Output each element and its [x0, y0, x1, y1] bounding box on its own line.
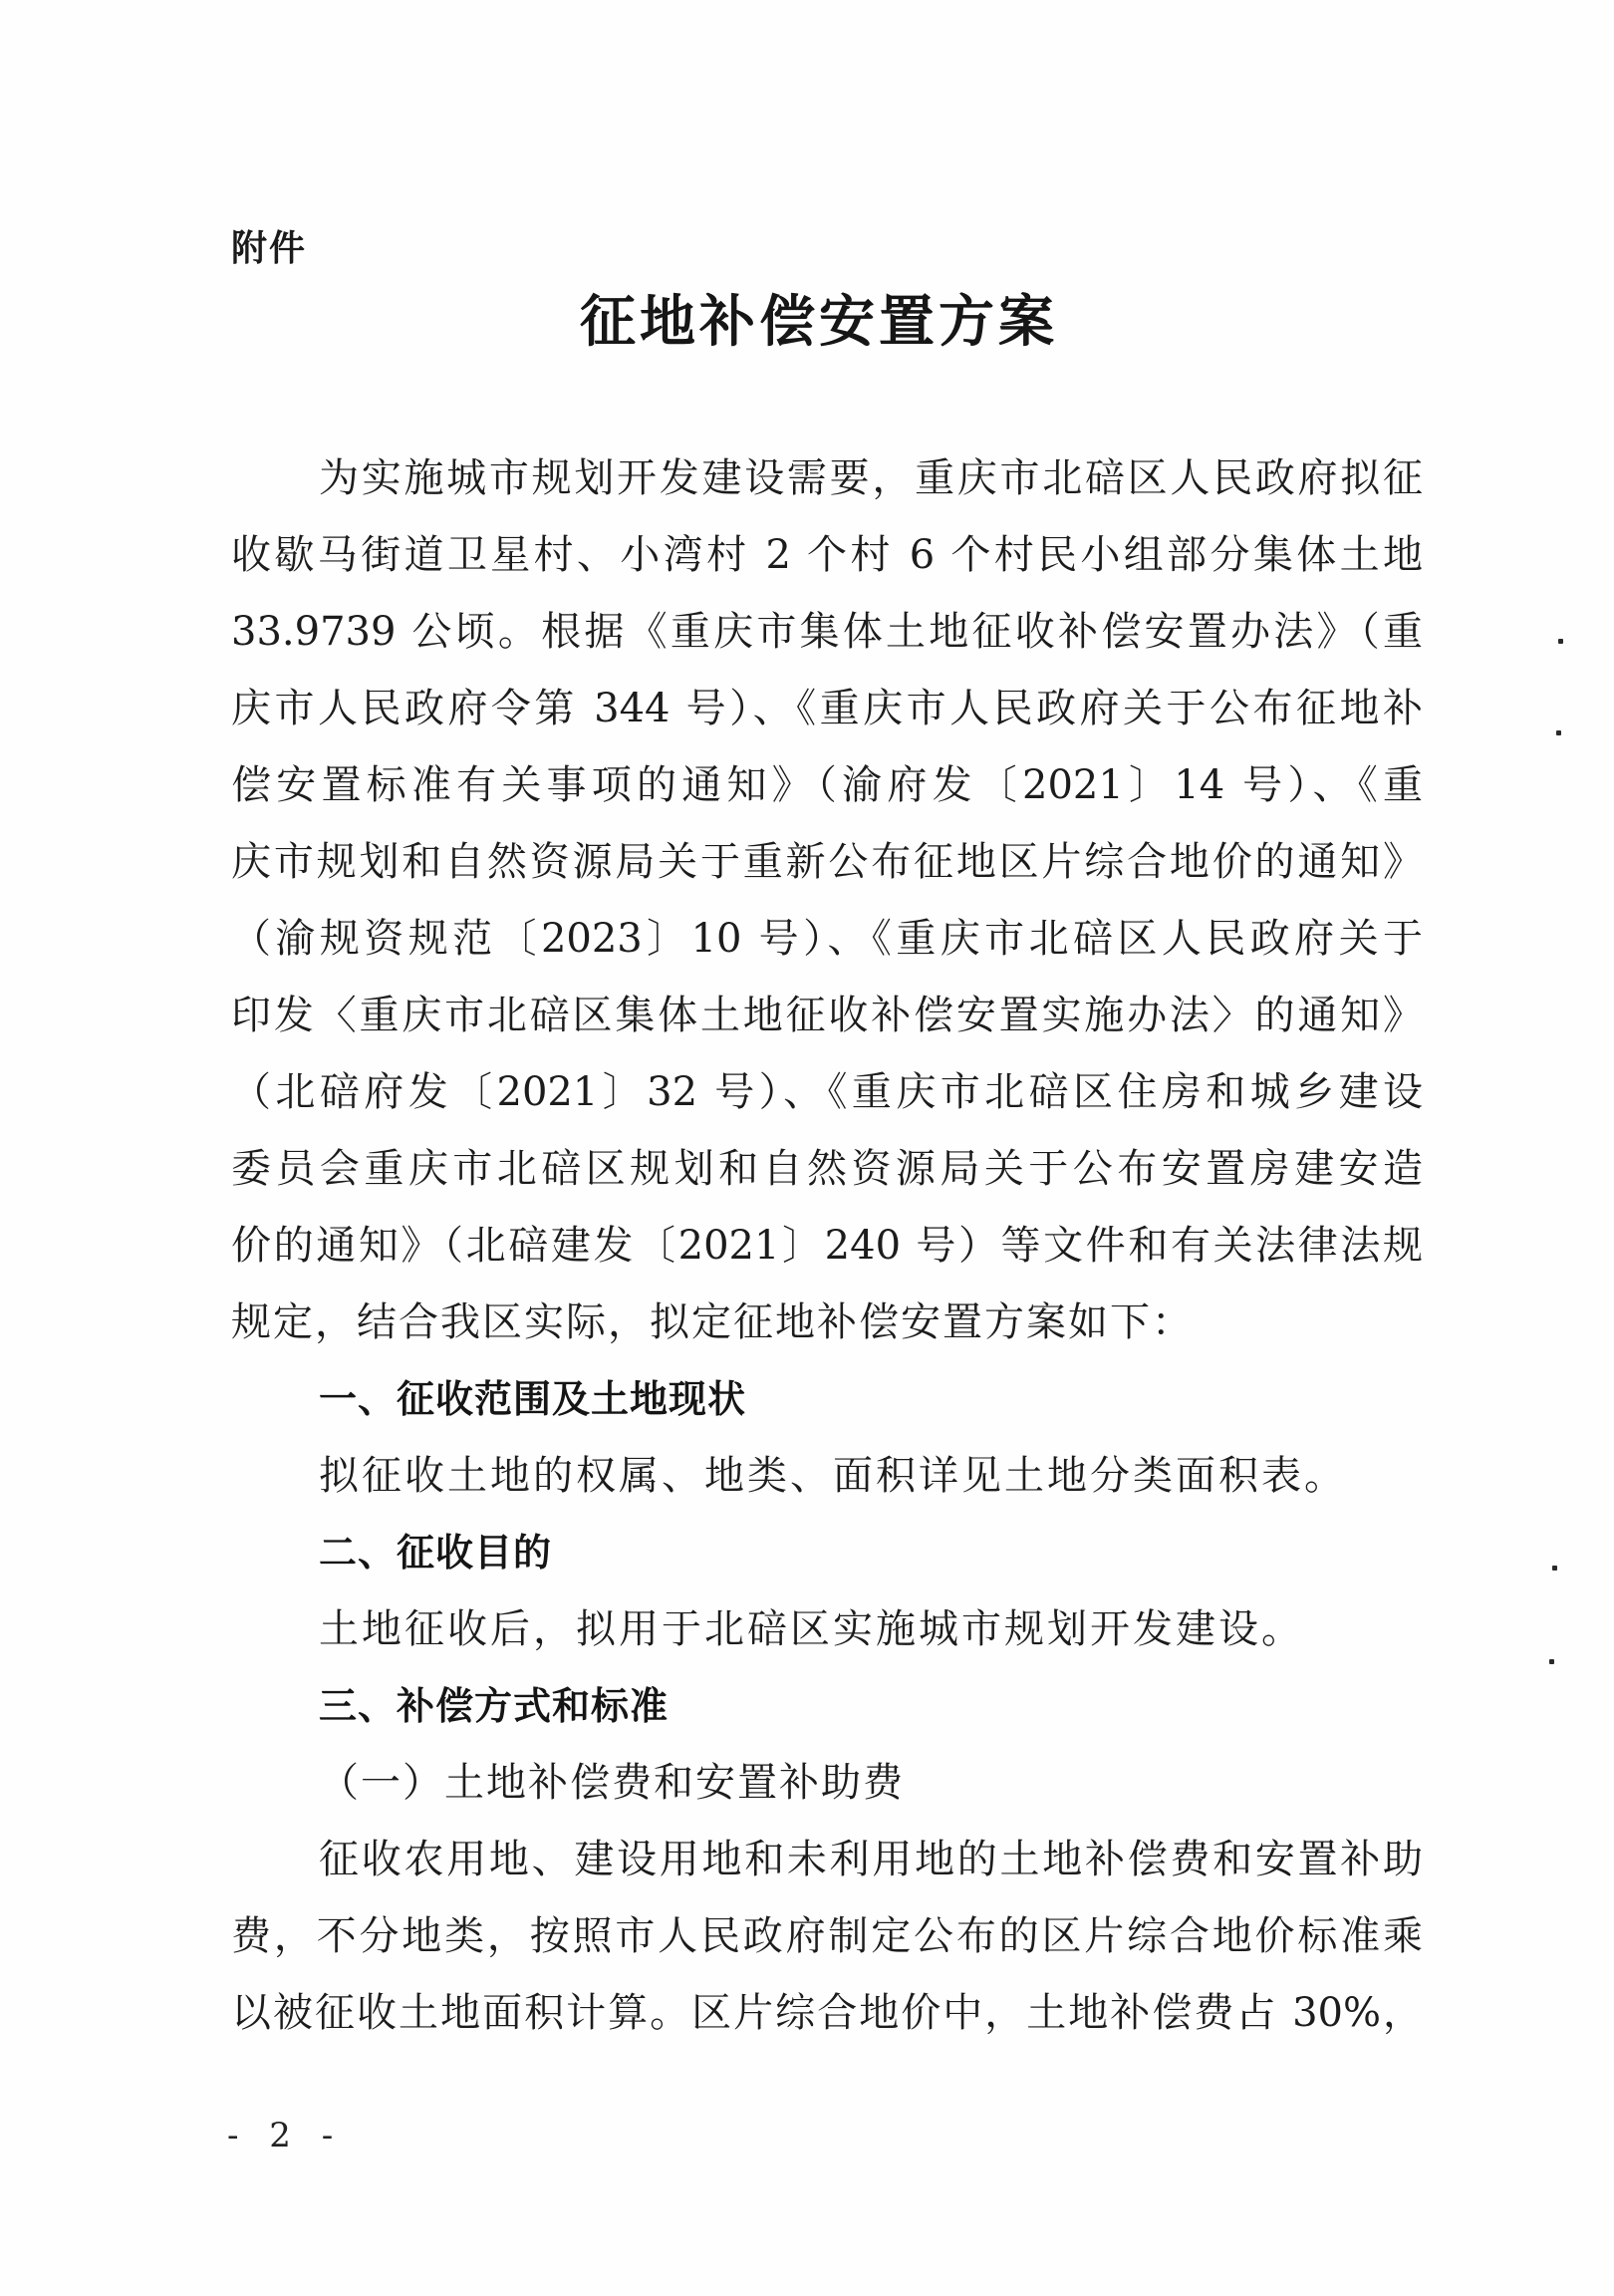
- body-line: 收歇马街道卫星村、小湾村 2 个村 6 个村民小组部分集体土地: [231, 517, 1423, 594]
- body-line: 征收农用地、建设用地和未利用地的土地补偿费和安置补助: [231, 1822, 1423, 1898]
- scan-mark-icon: [1552, 1566, 1557, 1571]
- body-line: 费，不分地类，按照市人民政府制定公布的区片综合地价标准乘: [231, 1898, 1423, 1975]
- section-heading-1: 一、征收范围及土地现状: [231, 1361, 1423, 1438]
- body-line: 土地征收后，拟用于北碚区实施城市规划开发建设。: [231, 1591, 1423, 1668]
- attachment-label: 附件: [231, 224, 307, 274]
- document-title: 征地补偿安置方案: [0, 282, 1614, 362]
- section-heading-3: 三、补偿方式和标准: [231, 1668, 1423, 1745]
- subsection-heading-1: （一）土地补偿费和安置补助费: [231, 1745, 1423, 1822]
- document-page: 附件 征地补偿安置方案 为实施城市规划开发建设需要，重庆市北碚区人民政府拟征 收…: [0, 0, 1614, 2296]
- page-number: - 2 -: [227, 2111, 343, 2160]
- body-line: 为实施城市规划开发建设需要，重庆市北碚区人民政府拟征: [231, 440, 1423, 517]
- scan-mark-icon: [1556, 730, 1561, 735]
- body-line: 印发〈重庆市北碚区集体土地征收补偿安置实施办法〉的通知》: [231, 978, 1423, 1054]
- body-line: 庆市规划和自然资源局关于重新公布征地区片综合地价的通知》: [231, 824, 1423, 901]
- body-line: （渝规资规范〔2023〕10 号）、《重庆市北碚区人民政府关于: [231, 901, 1423, 978]
- body-line: 以被征收土地面积计算。区片综合地价中，土地补偿费占 30%，: [231, 1975, 1423, 2052]
- body-line: 规定，结合我区实际，拟定征地补偿安置方案如下：: [231, 1285, 1423, 1361]
- section-heading-2: 二、征收目的: [231, 1515, 1423, 1591]
- body-line: 委员会重庆市北碚区规划和自然资源局关于公布安置房建安造: [231, 1131, 1423, 1208]
- body-line: 价的通知》（北碚建发〔2021〕240 号）等文件和有关法律法规: [231, 1208, 1423, 1285]
- body-line: 偿安置标准有关事项的通知》（渝府发〔2021〕14 号）、《重: [231, 747, 1423, 824]
- scan-mark-icon: [1549, 1659, 1554, 1664]
- body-line: 拟征收土地的权属、地类、面积详见土地分类面积表。: [231, 1438, 1423, 1515]
- body-line: 庆市人民政府令第 344 号）、《重庆市人民政府关于公布征地补: [231, 671, 1423, 747]
- body-line: 33.9739 公顷。根据《重庆市集体土地征收补偿安置办法》（重: [231, 594, 1423, 671]
- scan-mark-icon: [1558, 639, 1563, 644]
- body-line: （北碚府发〔2021〕32 号）、《重庆市北碚区住房和城乡建设: [231, 1054, 1423, 1131]
- document-body: 为实施城市规划开发建设需要，重庆市北碚区人民政府拟征 收歇马街道卫星村、小湾村 …: [231, 440, 1423, 2052]
